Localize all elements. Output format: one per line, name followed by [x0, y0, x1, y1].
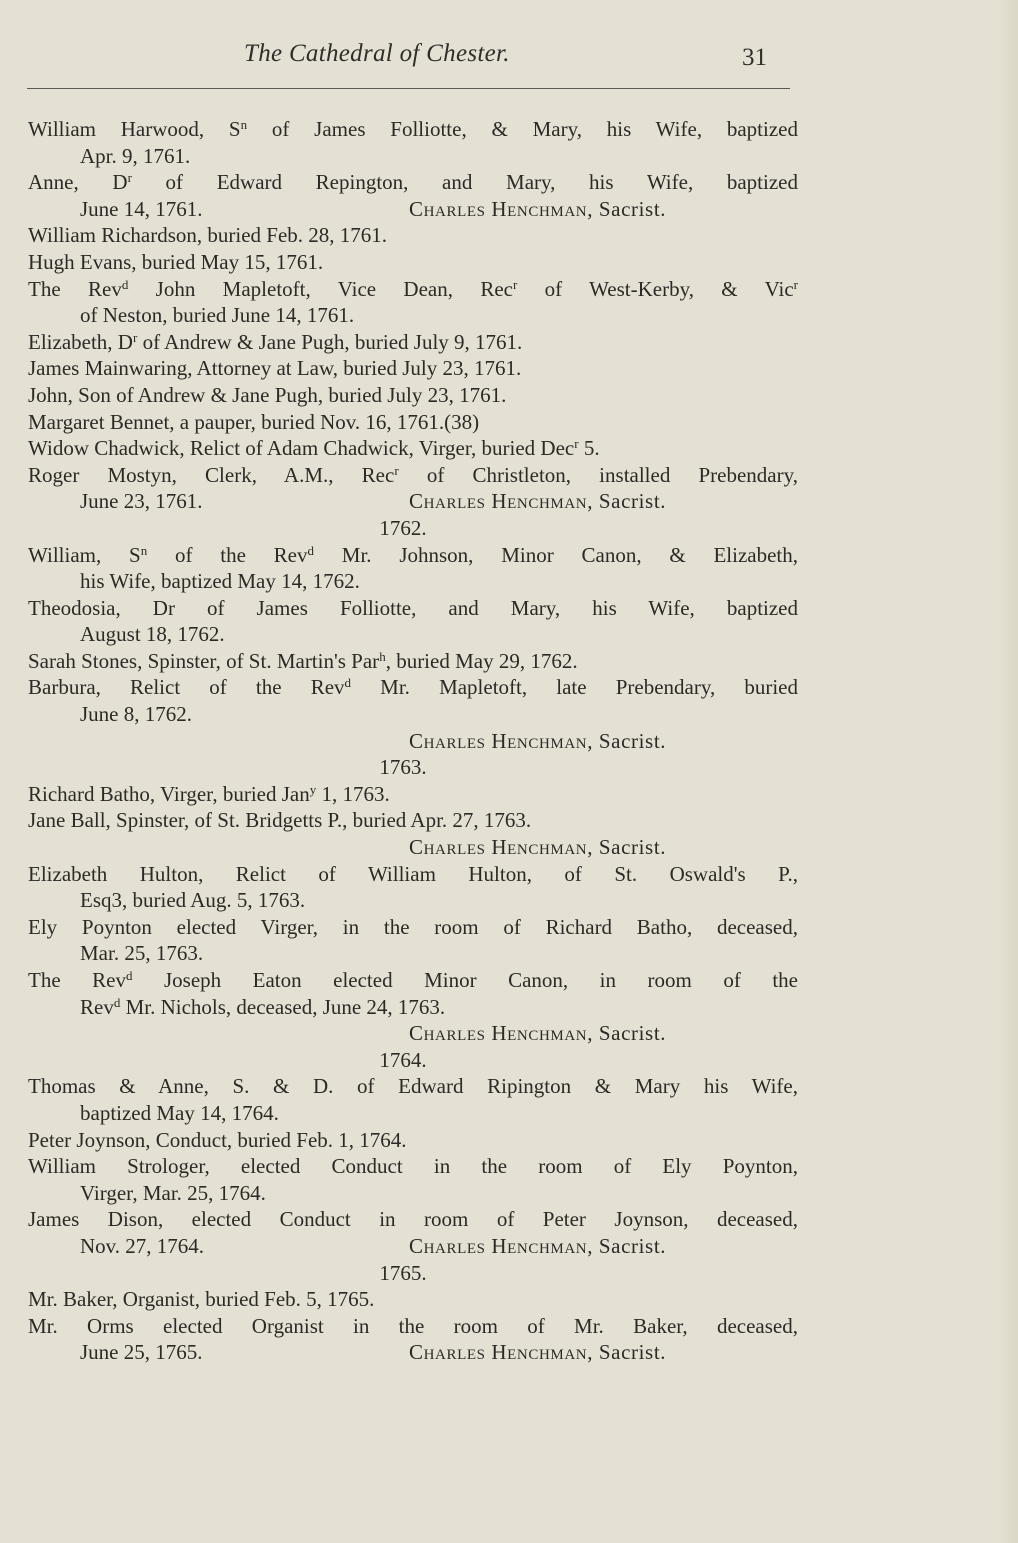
entry-continuation: Virger, Mar. 25, 1764.	[28, 1180, 798, 1207]
sacrist-signature: Charles Henchman, Sacrist.	[409, 728, 666, 755]
sacrist-signature: Charles Henchman, Sacrist.	[409, 834, 666, 861]
entry-line: Jane Ball, Spinster, of St. Bridgetts P.…	[28, 807, 798, 834]
entry-line: Mr. Baker, Organist, buried Feb. 5, 1765…	[28, 1286, 798, 1313]
entry-continuation: Nov. 27, 1764.Charles Henchman, Sacrist.	[28, 1233, 798, 1260]
entry-line: Ely Poynton elected Virger, in the room …	[28, 914, 798, 941]
entry-continuation: Mar. 25, 1763.	[28, 940, 798, 967]
entry-line: The Revd Joseph Eaton elected Minor Cano…	[28, 967, 798, 994]
entry-line: William Strologer, elected Conduct in th…	[28, 1153, 798, 1180]
entry-line: Margaret Bennet, a pauper, buried Nov. 1…	[28, 409, 798, 436]
entry-continuation: June 23, 1761.Charles Henchman, Sacrist.	[28, 488, 798, 515]
signature-line: Charles Henchman, Sacrist.	[28, 834, 798, 861]
sacrist-signature: Charles Henchman, Sacrist.	[409, 1339, 666, 1366]
signature-line: Charles Henchman, Sacrist.	[28, 728, 798, 755]
running-head: The Cathedral of Chester. 31	[0, 40, 1018, 80]
entry-continuation: June 25, 1765.Charles Henchman, Sacrist.	[28, 1339, 798, 1366]
sacrist-signature: Charles Henchman, Sacrist.	[409, 488, 666, 515]
year-heading-1765: 1765.	[28, 1260, 798, 1287]
sacrist-signature: Charles Henchman, Sacrist.	[409, 196, 666, 223]
signature-line: Charles Henchman, Sacrist.	[28, 1020, 798, 1047]
entry-line: Peter Joynson, Conduct, buried Feb. 1, 1…	[28, 1127, 798, 1154]
running-title: The Cathedral of Chester.	[244, 40, 510, 68]
entry-line: Elizabeth Hulton, Relict of William Hult…	[28, 861, 798, 888]
entry-line: Roger Mostyn, Clerk, A.M., Recr of Chris…	[28, 462, 798, 489]
entry-line: Barbura, Relict of the Revd Mr. Mapletof…	[28, 674, 798, 701]
entry-line: Sarah Stones, Spinster, of St. Martin's …	[28, 648, 798, 675]
entry-line: Elizabeth, Dr of Andrew & Jane Pugh, bur…	[28, 329, 798, 356]
entry-continuation: baptized May 14, 1764.	[28, 1100, 798, 1127]
entry-line: Anne, Dr of Edward Repington, and Mary, …	[28, 169, 798, 196]
entry-line: The Revd John Mapletoft, Vice Dean, Recr…	[28, 276, 798, 303]
entry-continuation: June 14, 1761.Charles Henchman, Sacrist.	[28, 196, 798, 223]
entry-line: James Dison, elected Conduct in room of …	[28, 1206, 798, 1233]
entry-continuation: Apr. 9, 1761.	[28, 143, 798, 170]
entry-continuation: Revd Mr. Nichols, deceased, June 24, 176…	[28, 994, 798, 1021]
entry-line: Thomas & Anne, S. & D. of Edward Ripingt…	[28, 1073, 798, 1100]
entry-line: Widow Chadwick, Relict of Adam Chadwick,…	[28, 435, 798, 462]
sacrist-signature: Charles Henchman, Sacrist.	[409, 1020, 666, 1047]
entry-line: Theodosia, Dr of James Folliotte, and Ma…	[28, 595, 798, 622]
entry-line: James Mainwaring, Attorney at Law, burie…	[28, 355, 798, 382]
entry-line: Richard Batho, Virger, buried Jany 1, 17…	[28, 781, 798, 808]
entry-line: Mr. Orms elected Organist in the room of…	[28, 1313, 798, 1340]
header-rule	[27, 88, 790, 89]
year-heading-1764: 1764.	[28, 1047, 798, 1074]
entry-continuation: Esq3, buried Aug. 5, 1763.	[28, 887, 798, 914]
entry-continuation: his Wife, baptized May 14, 1762.	[28, 568, 798, 595]
entry-line: John, Son of Andrew & Jane Pugh, buried …	[28, 382, 798, 409]
entry-line: Hugh Evans, buried May 15, 1761.	[28, 249, 798, 276]
page-edge-shadow	[996, 0, 1018, 1543]
entry-line: William, Sn of the Revd Mr. Johnson, Min…	[28, 542, 798, 569]
year-heading-1762: 1762.	[28, 515, 798, 542]
sacrist-signature: Charles Henchman, Sacrist.	[409, 1233, 666, 1260]
page-number: 31	[742, 44, 767, 72]
entry-line: William Harwood, Sn of James Folliotte, …	[28, 116, 798, 143]
entry-continuation: of Neston, buried June 14, 1761.	[28, 302, 798, 329]
entry-continuation: August 18, 1762.	[28, 621, 798, 648]
year-heading-1763: 1763.	[28, 754, 798, 781]
entry-continuation: June 8, 1762.	[28, 701, 798, 728]
entry-line: William Richardson, buried Feb. 28, 1761…	[28, 222, 798, 249]
register-entries: William Harwood, Sn of James Folliotte, …	[28, 116, 798, 1366]
